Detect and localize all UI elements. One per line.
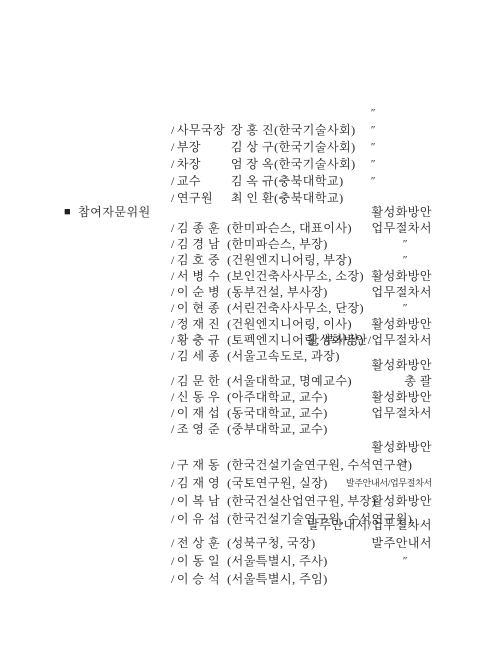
member-remark: 업무절차서: [372, 220, 432, 236]
member-remark: 활성화방안: [372, 204, 432, 220]
member-row: /이 복 남(한국건설산업연구원, 부장) 발주안내서/업무절차서: [0, 474, 480, 492]
member-row: /연구원최 인 환(충북대학교) ″: [0, 173, 480, 190]
member-row: /부장김 상 구(한국기술사회) ″: [0, 122, 480, 139]
slash-mark: /: [171, 421, 175, 437]
member-row: /이 현 종(서린건축사사무소, 단장) 업무절차서: [0, 284, 480, 300]
member-affiliation: (서울특별시, 주임): [227, 572, 328, 586]
member-remark: ″: [403, 300, 408, 316]
member-remark: ″: [371, 156, 376, 173]
member-remark: ″: [403, 552, 408, 570]
member-remark: ″: [403, 252, 408, 268]
member-name: 최 인 환: [231, 191, 274, 205]
member-row: /김 문 한(서울대학교, 명예교수) 활성화방안: [0, 357, 480, 373]
member-remark: 활성화방안: [372, 389, 432, 405]
member-remark: ″: [371, 122, 376, 139]
secretariat-member-list: /사무국장장 홍 진(한국기술사회) ″ /부장김 상 구(한국기술사회) ″ …: [0, 105, 480, 190]
member-row: /전 상 훈(성북구청, 국장) 발주안내서/업무절차서: [0, 516, 480, 534]
member-row: /이 순 병(동부건설, 부사장) 활성화방안: [0, 268, 480, 284]
advisory-member-group-3: /구 재 동(한국건설기술연구원, 수석연구원) 활성화방안 /김 재 영(국토…: [0, 438, 480, 510]
advisory-member-group-4: /전 상 훈(성북구청, 국장) 발주안내서/업무절차서 /이 동 일(서울특별…: [0, 516, 480, 570]
member-row: /구 재 동(한국건설기술연구원, 수석연구원) 활성화방안: [0, 438, 480, 456]
member-row: /김 경 남(한미파슨스, 부장) 업무절차서: [0, 220, 480, 236]
member-remark: 업무절차서: [372, 405, 432, 421]
member-row: /사무국장장 홍 진(한국기술사회) ″: [0, 105, 480, 122]
member-row: /서 병 수(보인건축사사무소, 소장) ″: [0, 252, 480, 268]
slash-mark: /: [171, 570, 175, 588]
member-remark: 총 괄: [404, 373, 432, 389]
member-row: /정 재 진(건원엔지니어링, 이사) ″: [0, 300, 480, 316]
member-remark: 활성화방안: [372, 316, 432, 332]
member-remark: ″: [403, 236, 408, 252]
advisory-member-group-2: /김 문 한(서울대학교, 명예교수) 활성화방안 /신 동 우(아주대학교, …: [0, 357, 480, 421]
member-remark: 발주안내서/업무절차서: [307, 516, 432, 534]
member-remark: 활성화방안: [372, 357, 432, 373]
member-row: /교수김 옥 규(충북대학교) ″: [0, 156, 480, 173]
member-name: 조 영 준: [177, 422, 220, 436]
member-row: /이 동 일(서울특별시, 주사) 발주안내서: [0, 534, 480, 552]
member-name: 이 승 석: [177, 572, 220, 586]
document-page: /사무국장장 홍 진(한국기술사회) ″ /부장김 상 구(한국기술사회) ″ …: [0, 0, 480, 657]
member-affiliation: (충북대학교): [274, 191, 343, 205]
member-row: /이 재 섭(동국대학교, 교수) 활성화방안: [0, 389, 480, 405]
advisory-member-group-1: /김 종 훈(한미파슨스, 대표이사) 활성화방안 /김 경 남(한미파슨스, …: [0, 204, 480, 348]
member-remark: ″: [403, 456, 408, 474]
member-affiliation: (중부대학교, 교수): [227, 422, 328, 436]
member-row: /차장엄 장 옥(한국기술사회) ″: [0, 139, 480, 156]
member-remark: ″: [371, 105, 376, 122]
member-remark: 활성화방안: [372, 268, 432, 284]
member-entry: /이 승 석(서울특별시, 주임): [150, 552, 328, 606]
member-row: /김 세 종(서울고속도로, 과장) 활성화방안/업무절차서: [0, 332, 480, 348]
member-row: /조 영 준(중부대학교, 교수) 업무절차서: [0, 405, 480, 421]
member-remark: ″: [371, 139, 376, 156]
member-row: /김 호 중(건원엔지니어링, 부장) ″: [0, 236, 480, 252]
member-row: /김 종 훈(한미파슨스, 대표이사) 활성화방안: [0, 204, 480, 220]
member-remark: 발주안내서/업무절차서: [346, 474, 432, 492]
member-row: /이 유 섭(한국건설기술연구원, 수석연구원) 활성화방안: [0, 492, 480, 510]
member-row: /이 승 석(서울특별시, 주임) ″: [0, 552, 480, 570]
member-row: /김 재 영(국토연구원, 실장) ″: [0, 456, 480, 474]
member-remark: 발주안내서: [372, 534, 432, 552]
member-remark: 활성화방안: [372, 438, 432, 456]
member-row: /황 충 규(토펙엔지니어링, 부사장) 활성화방안: [0, 316, 480, 332]
member-remark: ″: [371, 173, 376, 190]
member-remark: 활성화방안: [372, 492, 432, 510]
member-remark: 활성화방안/업무절차서: [307, 332, 432, 348]
member-remark: 업무절차서: [372, 284, 432, 300]
member-row: /신 동 우(아주대학교, 교수) 총 괄: [0, 373, 480, 389]
